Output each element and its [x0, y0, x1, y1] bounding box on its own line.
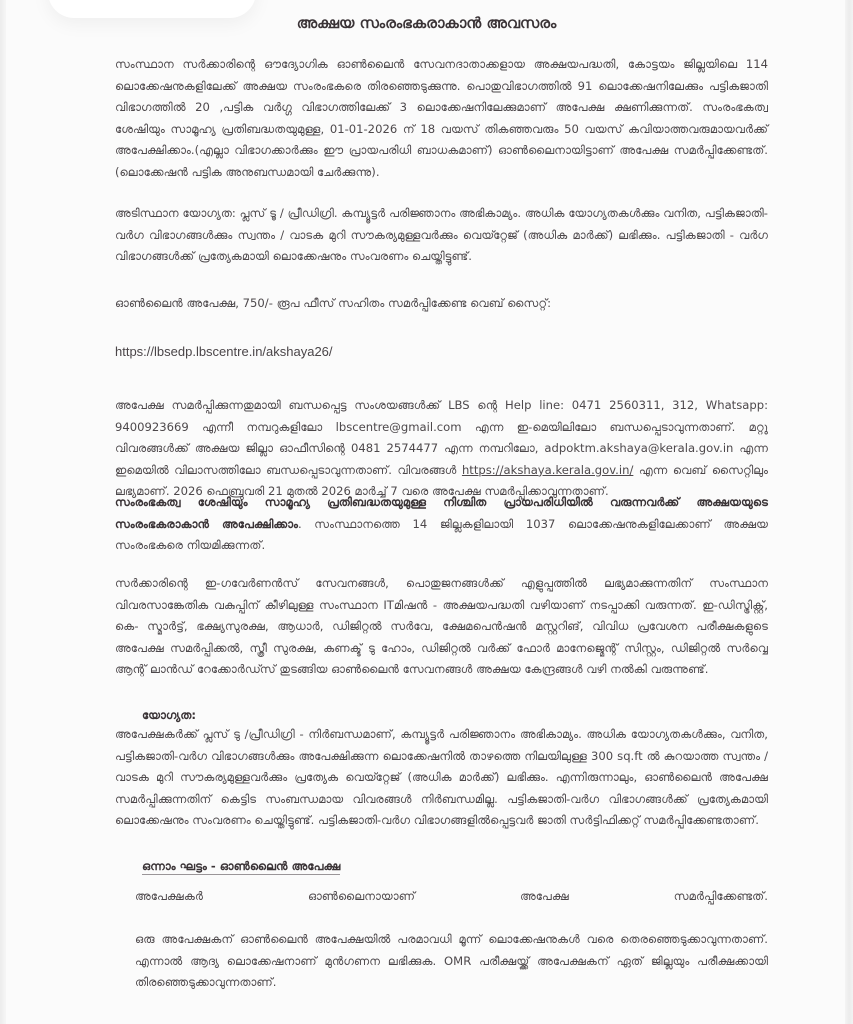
document-title: അക്ഷയ സംരംഭകരാകാൻ അവസരം [0, 14, 853, 32]
services-paragraph: സർക്കാരിന്റെ ഇ-ഗവേർണൻസ് സേവനങ്ങൾ, പൊതുജന… [115, 573, 768, 681]
qualification-paragraph: അപേക്ഷകർക്ക് പ്ലസ് ടു /പ്രീഡിഗ്രി - നിർബ… [115, 724, 768, 832]
stage-heading: ഒന്നാം ഘട്ടം - ഓൺലൈൻ അപേക്ഷ [142, 859, 340, 875]
intro-paragraph: സംസ്ഥാന സർക്കാരിന്റെ ഔദ്യോഗിക ഓൺലൈൻ സേവന… [115, 54, 768, 184]
stage-line: അപേക്ഷകർ ഓൺലൈനായാണ് അപേക്ഷ സമർപ്പിക്കേണ്… [135, 889, 768, 904]
stage-line-word: അപേക്ഷകർ [135, 889, 203, 904]
qualification-heading: യോഗ്യത: [142, 708, 196, 723]
stage-line-word: സമർപ്പിക്കേണ്ടത്. [674, 889, 768, 904]
stage-paragraph: ഒരു അപേക്ഷകന് ഓൺലൈൻ അപേക്ഷയിൽ പരമാവധി മൂ… [135, 929, 768, 994]
document-page: അക്ഷയ സംരംഭകരാകാൻ അവസരം സംസ്ഥാന സർക്കാരി… [0, 0, 853, 1024]
stage-line-word: അപേക്ഷ [520, 889, 569, 904]
fee-line: ഓൺലൈൻ അപേക്ഷ, 750/- രൂപ ഫീസ് സഹിതം സമർപ്… [115, 293, 768, 315]
application-url-link[interactable]: https://lbsedp.lbscentre.in/akshaya26/ [115, 344, 333, 359]
akshaya-website-link[interactable]: https://akshaya.kerala.gov.in/ [462, 463, 633, 477]
eligibility-paragraph: സംരംഭകത്വ ശേഷിയും സാമൂഹ്യ പ്രതിബദ്ധതയുമു… [115, 492, 768, 557]
stage-line-word: ഓൺലൈനായാണ് [308, 889, 415, 904]
contact-paragraph: അപേക്ഷ സമർപ്പിക്കുന്നതുമായി ബന്ധപ്പെട്ട … [115, 395, 768, 503]
stage-heading-wrap: ഒന്നാം ഘട്ടം - ഓൺലൈൻ അപേക്ഷ [142, 859, 340, 874]
basic-qualification-paragraph: അടിസ്ഥാന യോഗ്യത: പ്ലസ് ടൂ / പ്രീഡിഗ്രി. … [115, 203, 768, 268]
